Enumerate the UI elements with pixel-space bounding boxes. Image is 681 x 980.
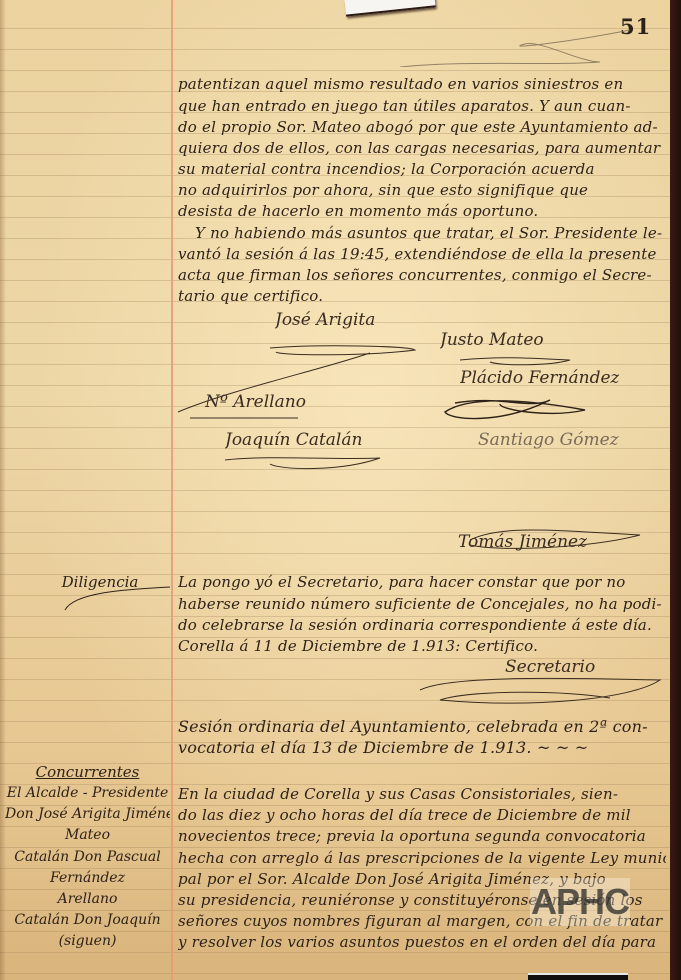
attendee-line: Fernández [5,870,170,886]
body-line: novecientos trece; previa la oportuna se… [178,827,666,845]
body-line: y resolver los varios asuntos puestos en… [178,933,666,951]
body-line: Corella á 11 de Diciembre de 1.913: Cert… [178,637,666,655]
attendee-line: El Alcalde - Presidente [5,785,170,801]
diligencia-bracket [55,585,175,615]
session-title-line: vocatoria el día 13 de Diciembre de 1.91… [178,738,666,757]
body-line: haberse reunido número suficiente de Con… [178,595,666,613]
body-line: do las diez y ocho horas del día trece d… [178,806,666,824]
body-line: acta que firman los señores concurrentes… [178,266,666,284]
attendee-line: Don José Arigita Jiménez [5,806,170,822]
attendee-line: Mateo [5,827,170,843]
body-line: patentizan aquel mismo resultado en vari… [178,75,666,93]
body-line: vantó la sesión á las 19:45, extendiéndo… [178,245,666,263]
body-line: do el propio Sor. Mateo abogó por que es… [178,118,666,136]
paper-tab-bottom [528,973,628,980]
attendees-heading: Concurrentes [5,763,170,781]
ledger-page: 51 patentizan aquel mismo resultado en v… [0,0,670,980]
body-line: hecha con arreglo á las prescripciones d… [178,849,666,867]
body-line: que han entrado en juego tan útiles apar… [178,97,666,115]
attendee-line: (siguen) [5,933,170,949]
attendee-line: Catalán Don Pascual [5,849,170,865]
body-line: do celebrarse la sesión ordinaria corres… [178,616,666,634]
attendee-line: Arellano [5,891,170,907]
body-line: no adquirirlos por ahora, sin que esto s… [178,181,666,199]
body-line: desista de hacerlo en momento más oportu… [178,202,666,220]
body-line: Y no habiendo más asuntos que tratar, el… [195,224,666,242]
secretary-flourish [410,670,670,710]
body-line: La pongo yó el Secretario, para hacer co… [178,573,666,591]
body-line: En la ciudad de Corella y sus Casas Cons… [178,785,666,803]
body-line: su material contra incendios; la Corpora… [178,160,666,178]
body-line: quiera dos de ellos, con las cargas nece… [178,139,666,157]
session-title-line: Sesión ordinaria del Ayuntamiento, celeb… [178,717,666,736]
signature-flourishes [170,300,670,550]
book-binding [670,0,681,980]
attendee-line: Catalán Don Joaquín [5,912,170,928]
header-flourish [390,22,630,67]
aphc-watermark: APHC [530,878,630,926]
